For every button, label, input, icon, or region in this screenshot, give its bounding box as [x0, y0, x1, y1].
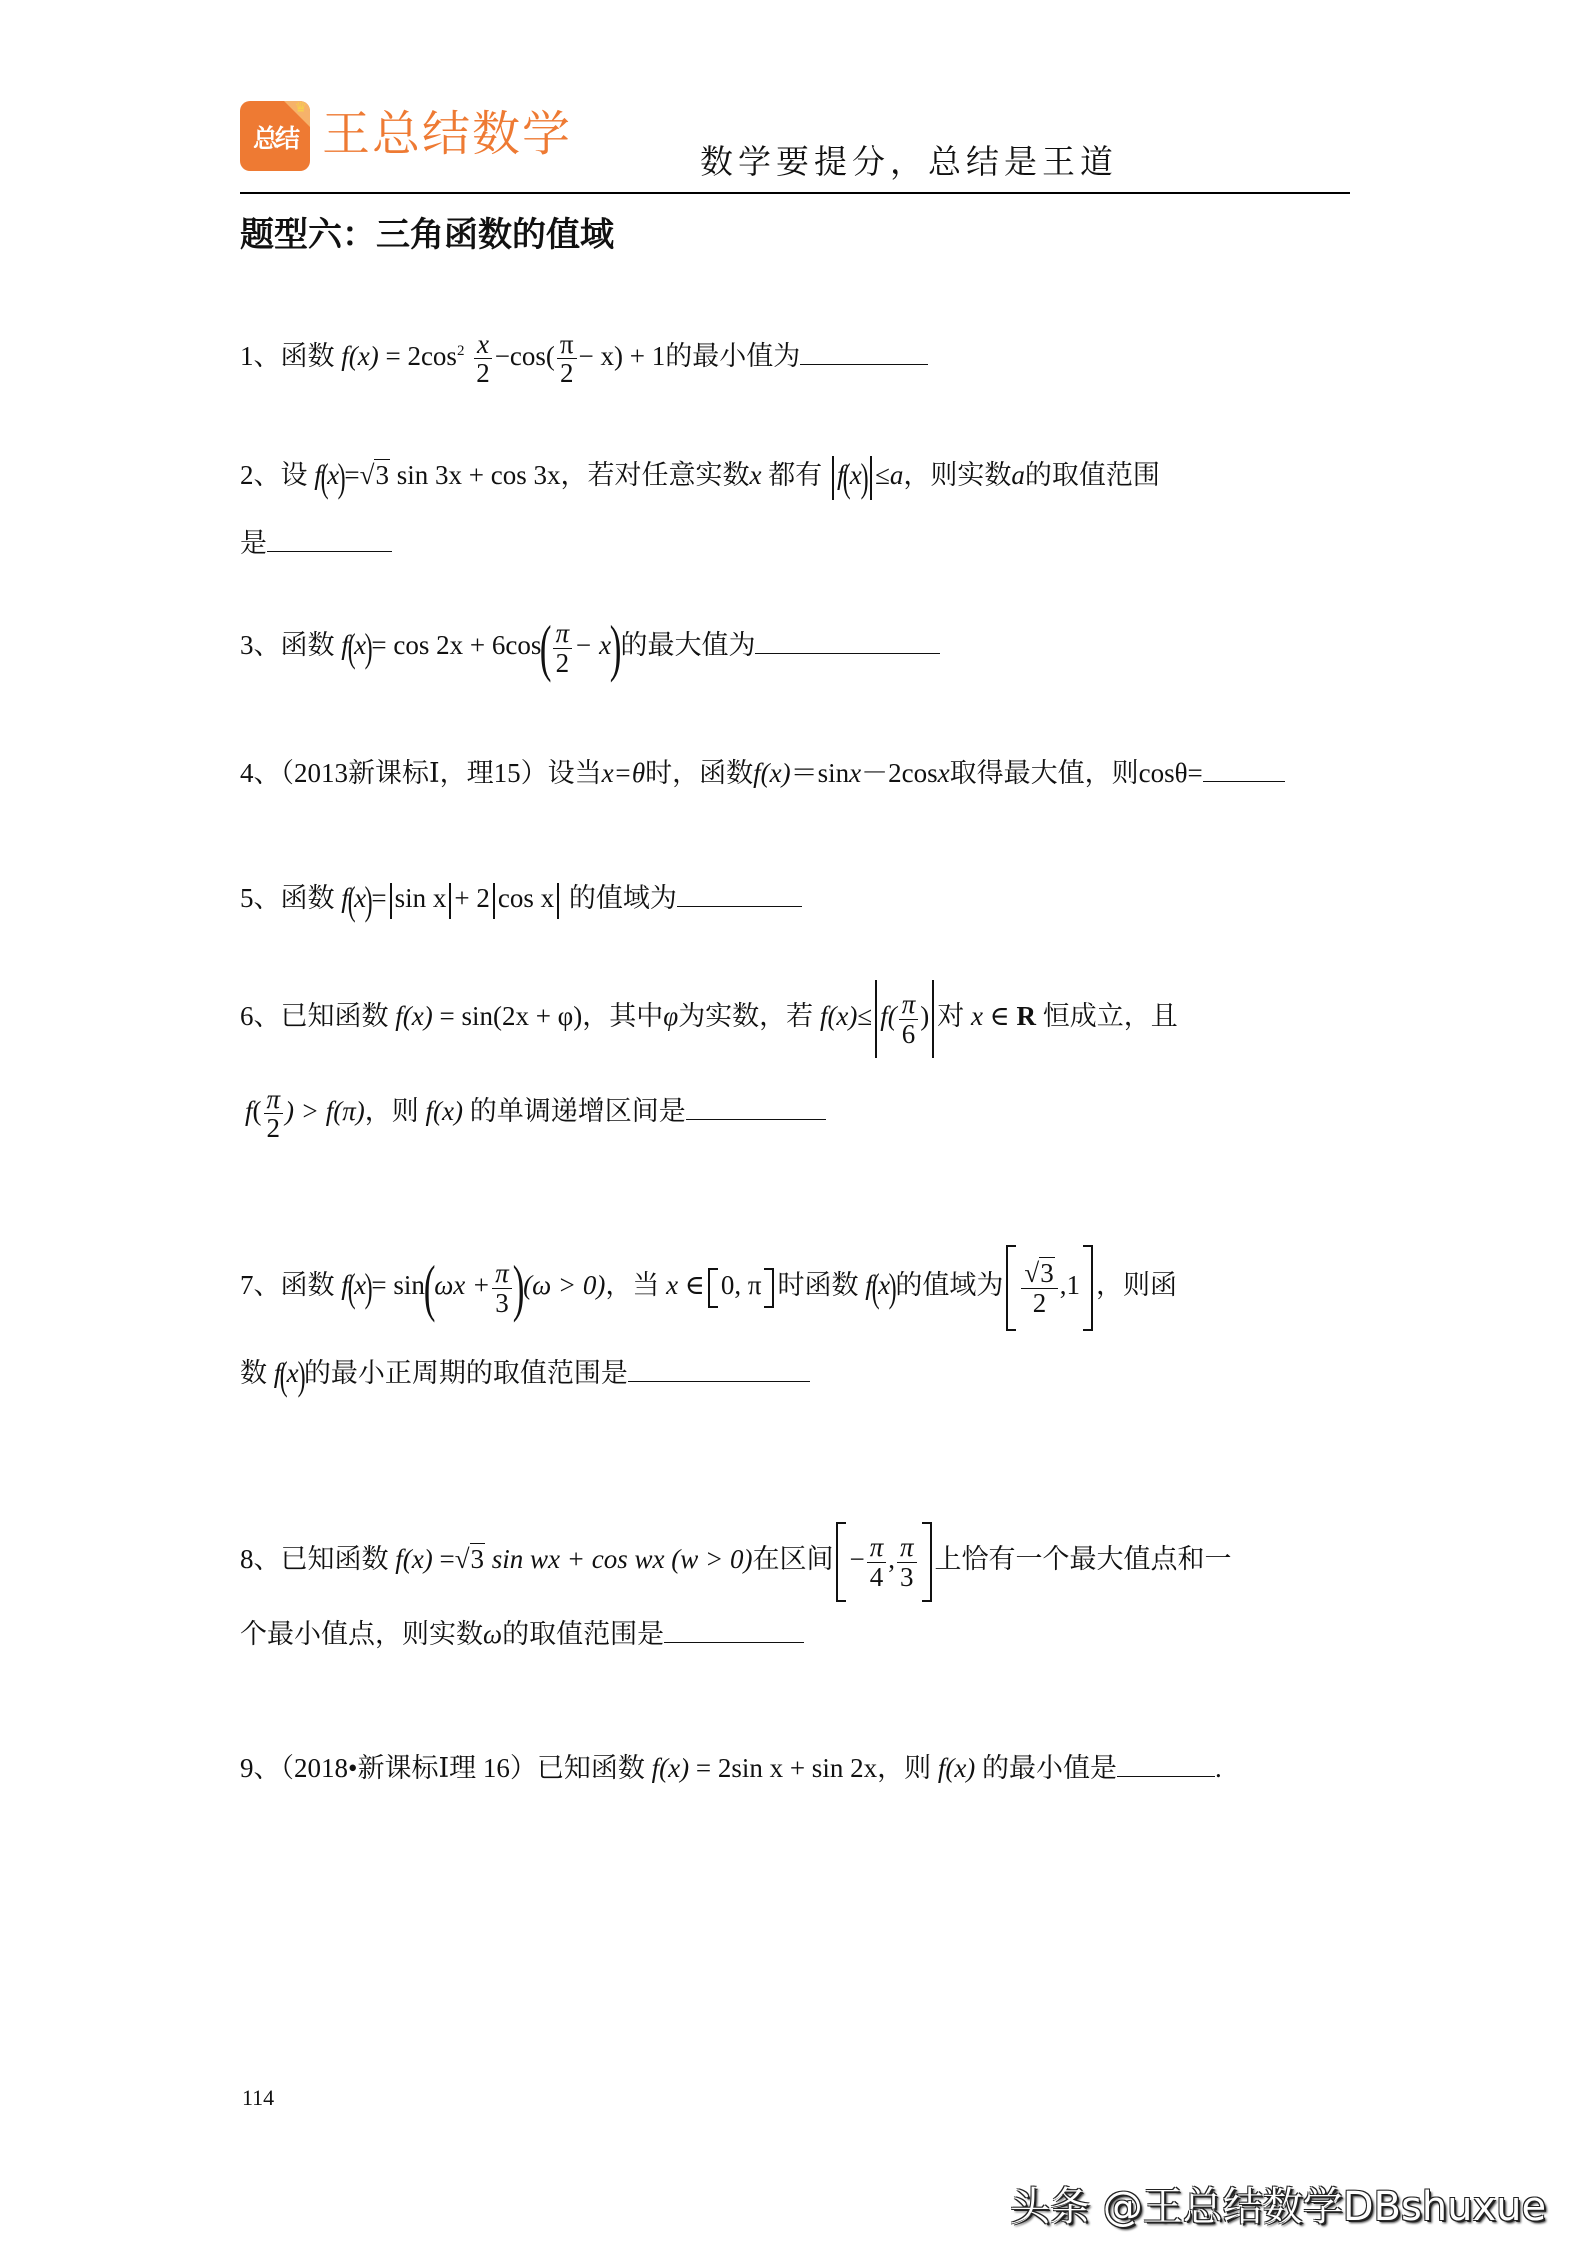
problem-text: 在区间: [752, 1544, 833, 1574]
sqrt: √3: [360, 455, 390, 495]
bracket: [708, 1268, 718, 1308]
fraction: π6: [899, 990, 919, 1048]
problem-number: 2、: [240, 460, 281, 490]
problem-text: 对: [937, 1001, 964, 1031]
abs-bar: [870, 456, 872, 500]
formula-part: = 2sin x + sin 2x: [696, 1753, 877, 1783]
formula-part: =: [439, 1544, 454, 1574]
fraction: π2: [553, 619, 573, 677]
bracket: [1083, 1245, 1093, 1331]
problem-lead: 函数: [281, 1270, 335, 1300]
formula-part: ≤: [875, 460, 890, 490]
answer-blank[interactable]: [755, 652, 940, 654]
formula-part: f(x): [426, 1096, 463, 1126]
bracket: [1006, 1245, 1016, 1331]
problem-number: 3、: [240, 630, 281, 660]
formula-part: 0, π: [721, 1270, 762, 1300]
problem-tail: 取得最大值，则cosθ=: [950, 758, 1203, 788]
answer-blank[interactable]: [1203, 780, 1285, 782]
denominator: 6: [899, 1020, 919, 1048]
numerator: π: [899, 990, 919, 1019]
formula-part: = cos 2x + 6cos: [371, 630, 541, 660]
problem-text: ，若对任意实数: [560, 460, 749, 490]
fraction: √32: [1021, 1259, 1057, 1317]
problem-lead: 函数: [281, 883, 335, 913]
fraction: π3: [897, 1533, 917, 1591]
problem-tail: 的最大值为: [620, 630, 755, 660]
formula-part: = sin(2x + φ): [439, 1001, 582, 1031]
problem-6: 6、已知函数 f(x) = sin(2x + φ)，其中φ为实数，若 f(x)≤…: [240, 980, 1178, 1058]
problem-number: 5、: [240, 883, 281, 913]
formula-part: − x) + 1: [579, 341, 666, 371]
formula-part: φ: [663, 1001, 678, 1031]
denominator: 4: [867, 1563, 887, 1591]
formula-part: f: [245, 1096, 253, 1126]
crown-icon: ♛: [294, 102, 307, 116]
denominator: 2: [553, 649, 573, 677]
formula-part: −cos(: [495, 341, 555, 371]
bracket: [922, 1522, 932, 1602]
paren: (: [320, 458, 328, 498]
problem-text: 时函数: [777, 1270, 858, 1300]
problem-text: ，当: [605, 1270, 659, 1300]
numerator: π: [492, 1259, 512, 1288]
answer-blank[interactable]: [800, 363, 928, 365]
denominator: 2: [1030, 1289, 1050, 1317]
formula-part: f(x): [395, 1001, 432, 1031]
numerator: π: [264, 1085, 284, 1114]
problem-text: 时，函数: [645, 758, 753, 788]
problem-tail: 的值域为: [569, 883, 677, 913]
fraction: x2: [473, 330, 493, 388]
problem-tail: 的取值范围: [1025, 460, 1160, 490]
answer-blank[interactable]: [628, 1380, 810, 1382]
problem-3: 3、函数 f(x)= cos 2x + 6cos(π2− x)的最大值为: [240, 616, 940, 680]
formula-part: ,1: [1060, 1270, 1080, 1300]
problem-4: 4、（2013新课标Ⅰ，理15）设当x=θ时，函数f(x)＝sinx－2cosx…: [240, 753, 1285, 793]
abs-bar: [557, 883, 559, 919]
formula-part: －2cos: [861, 758, 938, 788]
formula-part: ) > f(π): [285, 1096, 365, 1126]
paren: (: [280, 1356, 288, 1396]
paren: (: [347, 881, 355, 921]
problem-2: 2、设 f(x)=√3 sin 3x + cos 3x，若对任意实数x 都有 f…: [240, 455, 1160, 500]
variable: a: [1011, 460, 1025, 490]
formula-part: ＝sin: [791, 758, 850, 788]
abs-bar: [449, 883, 451, 919]
watermark: 头条 @王总结数学DBshuxue: [1010, 2175, 1546, 2232]
formula-part: f(x): [395, 1544, 432, 1574]
problem-text: ，则: [877, 1753, 931, 1783]
logo-icon-text: 总结: [240, 119, 310, 155]
formula-part: f(x): [341, 341, 378, 371]
paren: (: [347, 1268, 355, 1308]
problem-number: 9、: [240, 1753, 281, 1783]
problem-tail: 的最小正周期的取值范围是: [304, 1358, 628, 1388]
numerator: π: [557, 330, 577, 359]
section-title: 题型六：三角函数的值域: [240, 212, 614, 258]
answer-blank[interactable]: [664, 1641, 804, 1643]
formula-part: f(: [880, 1001, 897, 1031]
problem-text: 数: [240, 1358, 267, 1388]
formula-part: =: [344, 460, 359, 490]
problem-8: 8、已知函数 f(x) =√3 sin wx + cos wx (w > 0)在…: [240, 1522, 1232, 1602]
problem-text: ，其中: [582, 1001, 663, 1031]
paren: ): [365, 881, 373, 921]
problem-text: 个最小值点，则实数: [240, 1619, 483, 1649]
problem-lead: 已知函数: [281, 1544, 389, 1574]
paren: (: [540, 616, 552, 680]
problem-7-line-2: 数 f(x)的最小正周期的取值范围是: [240, 1353, 810, 1396]
problem-number: 1、: [240, 341, 281, 371]
answer-blank[interactable]: [1117, 1775, 1215, 1777]
denominator: 2: [473, 359, 493, 387]
formula-part: ω: [483, 1619, 502, 1649]
problem-tail: ，则函: [1096, 1270, 1177, 1300]
formula-part: R: [1017, 1001, 1037, 1031]
problem-tail: 的取值范围是: [502, 1619, 664, 1649]
problem-lead: 已知函数: [281, 1001, 389, 1031]
formula-part: a: [890, 460, 904, 490]
problem-text: ，则实数: [903, 460, 1011, 490]
formula-part: ): [920, 1001, 929, 1031]
formula-part: f(x): [652, 1753, 689, 1783]
problem-number: 4、: [240, 758, 281, 788]
paren: (: [843, 458, 851, 498]
numerator: π: [867, 1533, 887, 1562]
formula-part: (ω > 0): [523, 1270, 605, 1300]
formula-part: + 2: [454, 883, 489, 913]
abs-bar: [390, 883, 392, 919]
problem-6-line-2: f(π2) > f(π)，则 f(x) 的单调递增区间是: [245, 1085, 826, 1143]
problem-text: 是: [240, 528, 267, 558]
paren: ): [365, 1268, 373, 1308]
denominator: 3: [492, 1289, 512, 1317]
slogan: 数学要提分，总结是王道: [700, 140, 1118, 184]
problem-5: 5、函数 f(x)=sin x+ 2cos x 的值域为: [240, 878, 802, 921]
problem-text: 都有: [768, 460, 822, 490]
formula-part: =: [371, 883, 386, 913]
bracket: [764, 1268, 774, 1308]
problem-text: ，则: [365, 1096, 419, 1126]
sqrt: √3: [455, 1539, 485, 1579]
radicand: 3: [374, 459, 390, 490]
problem-7: 7、函数 f(x)= sin(ωx +π3)(ω > 0)，当 x ∈0, π时…: [240, 1245, 1177, 1331]
paren: ): [338, 458, 346, 498]
problem-1: 1、函数 f(x) = 2cos2 x2−cos(π2− x) + 1的最小值为: [240, 330, 928, 388]
answer-blank[interactable]: [267, 550, 392, 552]
abs-bar: [493, 883, 495, 919]
problem-tail: 的最小值是: [982, 1753, 1117, 1783]
denominator: 2: [264, 1114, 284, 1142]
formula-part: sin 3x + cos 3x: [397, 460, 561, 490]
problem-number: 8、: [240, 1544, 281, 1574]
problem-tail: 的单调递增区间是: [470, 1096, 686, 1126]
formula-part: sin x: [395, 883, 447, 913]
formula-part: x ∈: [666, 1270, 705, 1300]
answer-blank[interactable]: [686, 1118, 826, 1120]
bracket: [836, 1522, 846, 1602]
formula-part: 2: [457, 343, 465, 359]
formula-part: ≤: [857, 1001, 872, 1031]
formula-part: f(x): [938, 1753, 975, 1783]
brand-name: 王总结数学: [322, 104, 572, 164]
denominator: 2: [557, 359, 577, 387]
formula-part: f(x): [753, 758, 790, 788]
problem-lead: 设: [281, 460, 308, 490]
problem-8-line-2: 个最小值点，则实数ω的取值范围是: [240, 1614, 804, 1654]
problem-text: （2018•新课标Ⅰ理 16）已知函数: [281, 1753, 645, 1783]
paren: ): [610, 616, 622, 680]
radicand: 3: [470, 1543, 486, 1574]
problem-tail: 上恰有一个最大值点和一: [935, 1544, 1232, 1574]
problem-number: 6、: [240, 1001, 281, 1031]
answer-blank[interactable]: [677, 905, 802, 907]
formula-part: x: [938, 758, 950, 788]
formula-part: f(x): [820, 1001, 857, 1031]
problem-number: 7、: [240, 1270, 281, 1300]
problem-2-line-2: 是: [240, 523, 392, 563]
problem-9: 9、（2018•新课标Ⅰ理 16）已知函数 f(x) = 2sin x + si…: [240, 1748, 1222, 1788]
variable: x: [749, 460, 761, 490]
paren: (: [871, 1268, 879, 1308]
problem-text: 为实数，若: [678, 1001, 813, 1031]
problem-lead: 函数: [281, 630, 335, 660]
paren: ): [513, 1256, 525, 1320]
formula-part: ωx +: [434, 1270, 490, 1300]
abs-bar: [832, 456, 834, 500]
numerator: π: [553, 619, 573, 648]
abs-bar: [875, 980, 877, 1058]
numerator: √3: [1021, 1259, 1057, 1288]
paren: ): [365, 628, 373, 668]
abs-bar: [932, 980, 934, 1058]
formula-part: x: [849, 758, 861, 788]
formula-part: .: [1215, 1753, 1222, 1783]
problem-text: （2013新课标Ⅰ，理15）设当: [281, 758, 602, 788]
fraction: π2: [264, 1085, 284, 1143]
radicand: 3: [1039, 1257, 1055, 1288]
formula-part: x ∈: [971, 1001, 1010, 1031]
problem-text: 的值域为: [895, 1270, 1003, 1300]
header-divider: [240, 192, 1350, 194]
paren: ): [889, 1268, 897, 1308]
numerator: x: [474, 330, 492, 359]
fraction: π3: [492, 1259, 512, 1317]
numerator: π: [897, 1533, 917, 1562]
fraction: π4: [867, 1533, 887, 1591]
problem-tail: 恒成立，且: [1043, 1001, 1178, 1031]
formula-part: −: [849, 1544, 864, 1574]
paren: (: [424, 1256, 436, 1320]
fraction: π2: [557, 330, 577, 388]
formula-part: sin wx + cos wx (w > 0): [492, 1544, 753, 1574]
logo-icon: ♛ 总结: [240, 101, 310, 171]
formula-part: x=θ: [602, 758, 645, 788]
formula-part: = sin: [371, 1270, 425, 1300]
formula-part: cos x: [498, 883, 554, 913]
formula-part: = 2cos: [385, 341, 456, 371]
denominator: 3: [897, 1563, 917, 1591]
page-number: 114: [242, 2085, 274, 2111]
paren: (: [347, 628, 355, 668]
paren: ): [860, 458, 868, 498]
problem-tail: 的最小值为: [665, 341, 800, 371]
problem-lead: 函数: [281, 341, 335, 371]
paren: ): [297, 1356, 305, 1396]
formula-part: − x: [574, 630, 611, 660]
